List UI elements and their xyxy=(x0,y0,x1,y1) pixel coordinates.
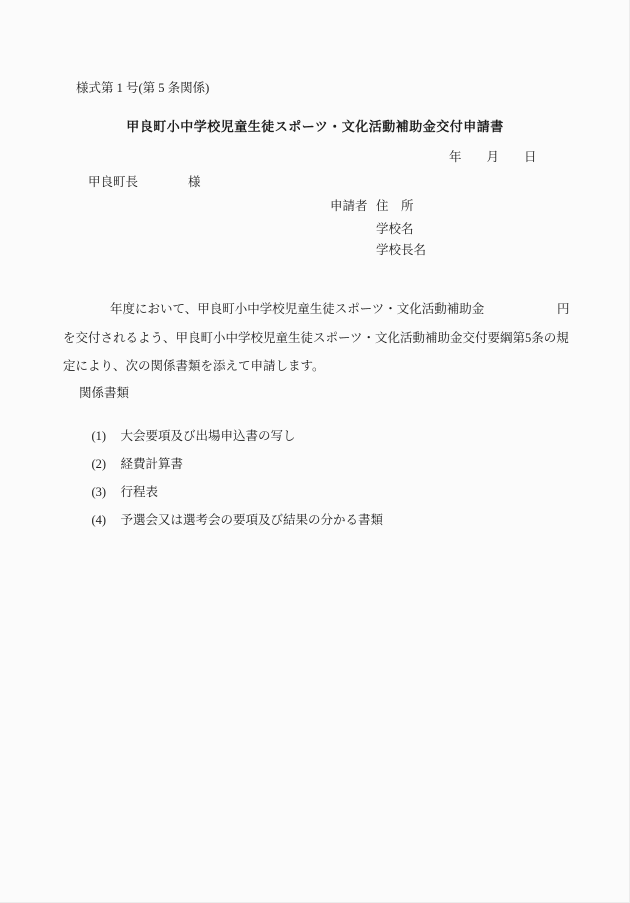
attachment-item-number: (4) xyxy=(92,513,121,528)
body-paragraph-line-2: を交付されるよう、甲良町小中学校児童生徒スポーツ・文化活動補助金交付要綱第5条の… xyxy=(63,331,569,346)
addressee-line: 甲良町長 様 xyxy=(88,175,201,190)
applicant-label: 申請者 xyxy=(330,199,368,214)
attachment-item-text: 行程表 xyxy=(121,485,159,499)
amount-unit-label: 円 xyxy=(557,302,570,317)
page-title: 甲良町小中学校児童生徒スポーツ・文化活動補助金交付申請書 xyxy=(0,119,630,134)
attachment-item: (4)予選会又は選考会の要項及び結果の分かる書類 xyxy=(79,498,383,543)
body-paragraph-line-3: 定により、次の関係書類を添えて申請します。 xyxy=(63,359,325,374)
applicant-address-label: 住 所 xyxy=(376,199,414,214)
form-number: 様式第 1 号(第 5 条関係) xyxy=(76,81,209,96)
attachment-item-text: 経費計算書 xyxy=(121,457,184,471)
applicant-school-label: 学校名 xyxy=(376,222,414,237)
date-line: 年 月 日 xyxy=(449,150,537,165)
attachment-item-text: 大会要項及び出場申込書の写し xyxy=(121,429,296,443)
applicant-principal-label: 学校長名 xyxy=(376,243,426,258)
attachments-heading: 関係書類 xyxy=(79,386,129,401)
application-form-page: 様式第 1 号(第 5 条関係) 甲良町小中学校児童生徒スポーツ・文化活動補助金… xyxy=(0,0,630,903)
attachment-item-text: 予選会又は選考会の要項及び結果の分かる書類 xyxy=(121,513,384,527)
body-paragraph-line-1: 年度において、甲良町小中学校児童生徒スポーツ・文化活動補助金 xyxy=(110,302,484,317)
